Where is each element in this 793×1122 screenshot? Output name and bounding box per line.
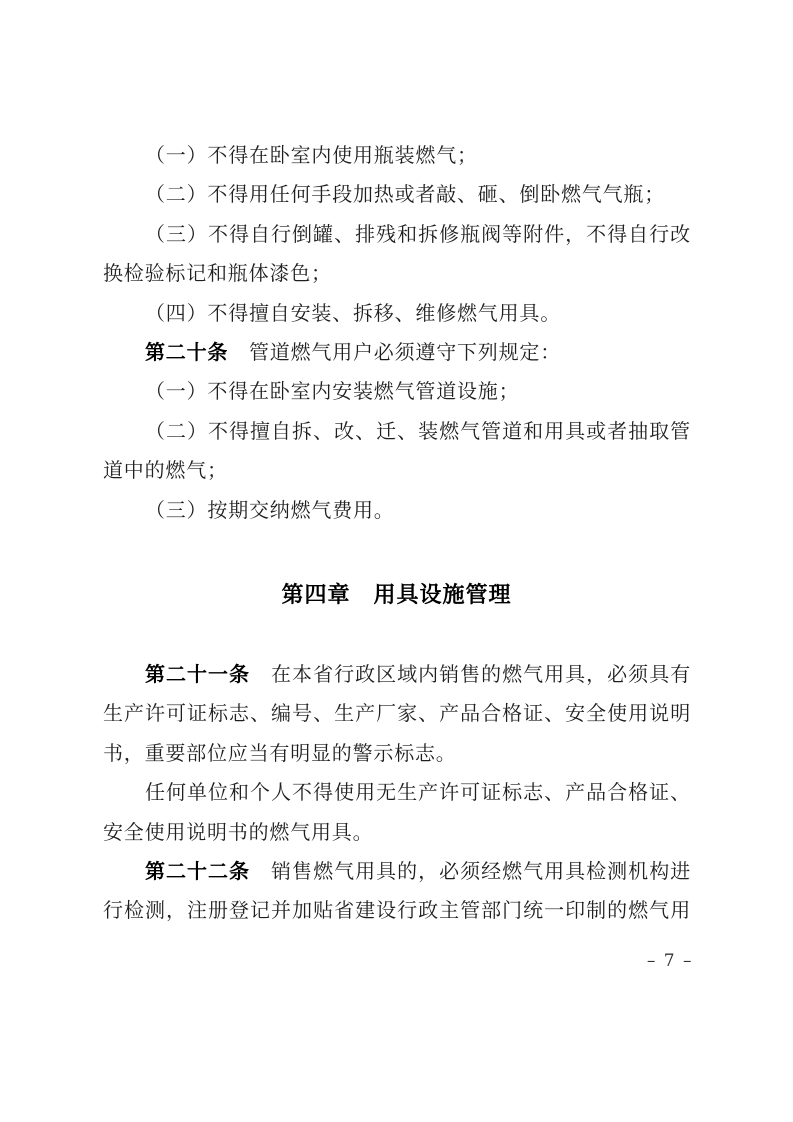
line-text: 在本省行政区域内销售的燃气用具，必须具有 [250,664,691,686]
document-line: （二）不得用任何手段加热或者敲、砸、倒卧燃气气瓶； [103,176,691,215]
line-text: （三）不得自行倒罐、排残和拆修瓶阀等附件，不得自行改 [145,224,691,246]
line-text: （二）不得用任何手段加热或者敲、砸、倒卧燃气气瓶； [145,184,665,206]
line-text: 道中的燃气； [103,460,228,482]
line-text: （一）不得在卧室内使用瓶装燃气； [145,145,478,167]
line-text: 安全使用说明书的燃气用具。 [103,822,373,844]
document-line: 换检验标记和瓶体漆色； [103,255,691,294]
document-line: （四）不得擅自安装、拆移、维修燃气用具。 [103,295,691,334]
document-line: （三）按期交纳燃气费用。 [103,492,691,531]
document-line: 第二十一条 在本省行政区域内销售的燃气用具，必须具有 [103,656,691,695]
document-line: 第二十二条 销售燃气用具的，必须经燃气用具检测机构进 [103,853,691,892]
document-line: 书，重要部位应当有明显的警示标志。 [103,735,691,774]
document-line: 第二十条 管道燃气用户必须遵守下列规定： [103,334,691,373]
document-line: （三）不得自行倒罐、排残和拆修瓶阀等附件，不得自行改 [103,216,691,255]
line-text: 书，重要部位应当有明显的警示标志。 [103,743,457,765]
body-section-articles-21-22: 第二十一条 在本省行政区域内销售的燃气用具，必须具有 生产许可证标志、编号、生产… [103,656,691,932]
document-line: 行检测，注册登记并加贴省建设行政主管部门统一印制的燃气用 [103,892,691,931]
line-text: 生产许可证标志、编号、生产厂家、产品合格证、安全使用说明 [103,703,691,725]
line-text: （四）不得擅自安装、拆移、维修燃气用具。 [145,303,561,325]
chapter-heading: 第四章 用具设施管理 [0,575,793,614]
line-text: 换检验标记和瓶体漆色； [103,263,332,285]
document-line: （二）不得擅自拆、改、迁、装燃气管道和用具或者抽取管 [103,413,691,452]
document-line: 生产许可证标志、编号、生产厂家、产品合格证、安全使用说明 [103,695,691,734]
article-number: 第二十条 [145,342,228,364]
line-text: 行检测，注册登记并加贴省建设行政主管部门统一印制的燃气用 [103,900,691,922]
document-line: 任何单位和个人不得使用无生产许可证标志、产品合格证、 [103,774,691,813]
body-section-articles-19-20: （一）不得在卧室内使用瓶装燃气； （二）不得用任何手段加热或者敲、砸、倒卧燃气气… [103,137,691,531]
line-text: （一）不得在卧室内安装燃气管道设施； [145,381,519,403]
article-number: 第二十一条 [145,664,250,686]
document-line: （一）不得在卧室内使用瓶装燃气； [103,137,691,176]
line-text: （三）按期交纳燃气费用。 [145,500,395,522]
document-line: 安全使用说明书的燃气用具。 [103,814,691,853]
document-page: （一）不得在卧室内使用瓶装燃气； （二）不得用任何手段加热或者敲、砸、倒卧燃气气… [0,0,793,1122]
line-text: （二）不得擅自拆、改、迁、装燃气管道和用具或者抽取管 [145,421,691,443]
document-line: （一）不得在卧室内安装燃气管道设施； [103,373,691,412]
line-text: 任何单位和个人不得使用无生产许可证标志、产品合格证、 [145,782,691,804]
article-number: 第二十二条 [145,861,250,883]
line-text: 管道燃气用户必须遵守下列规定： [228,342,561,364]
line-text: 销售燃气用具的，必须经燃气用具检测机构进 [250,861,691,883]
document-line: 道中的燃气； [103,452,691,491]
page-number: – 7 – [647,949,693,973]
